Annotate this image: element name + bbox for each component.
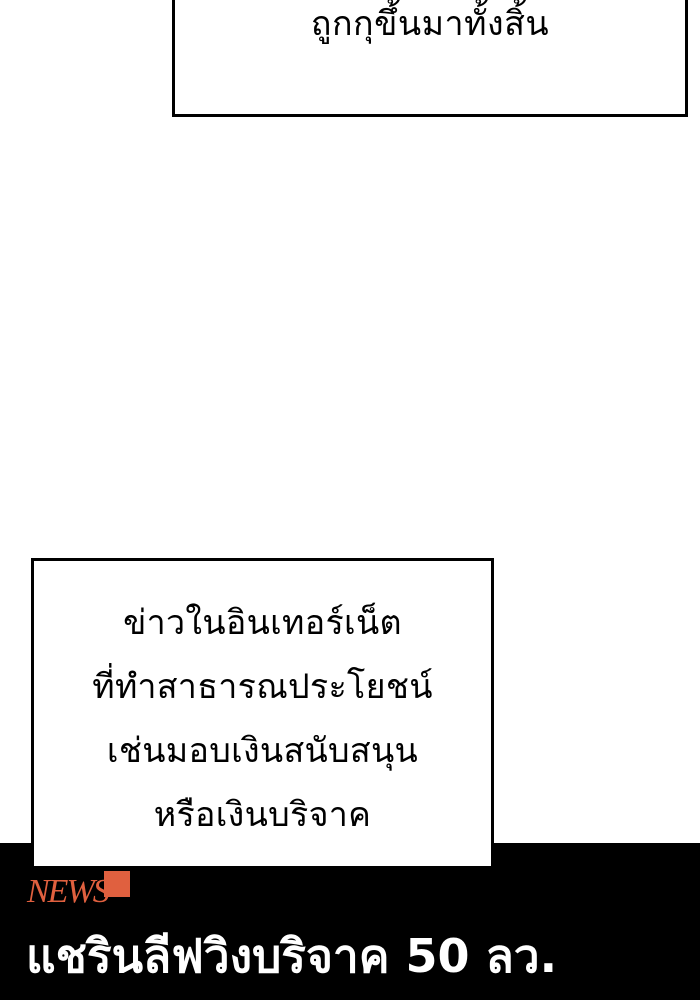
middle-caption-box: ข่าวในอินเทอร์เน็ต ที่ทำสาธารณประโยชน์ เ… [31, 558, 494, 869]
comic-panel: ถูกกุขึ้นมาทั้งสิ้น ข่าวในอินเทอร์เน็ต ท… [0, 0, 700, 1000]
top-caption-box: ถูกกุขึ้นมาทั้งสิ้น [172, 0, 688, 117]
middle-caption-lines: ข่าวในอินเทอร์เน็ต ที่ทำสาธารณประโยชน์ เ… [34, 591, 491, 847]
middle-caption-line-4: หรือเงินบริจาค [34, 783, 491, 847]
news-logo-text: NEWS [27, 874, 108, 910]
middle-caption-line-3: เช่นมอบเงินสนับสนุน [34, 719, 491, 783]
news-headline: แชรินลีฟวิงบริจาค 50 ลว. [26, 926, 557, 986]
top-caption-text: ถูกกุขึ้นมาทั้งสิ้น [175, 0, 685, 49]
news-logo: NEWS [27, 870, 137, 912]
middle-caption-line-2: ที่ทำสาธารณประโยชน์ [34, 655, 491, 719]
middle-caption-line-1: ข่าวในอินเทอร์เน็ต [34, 591, 491, 655]
